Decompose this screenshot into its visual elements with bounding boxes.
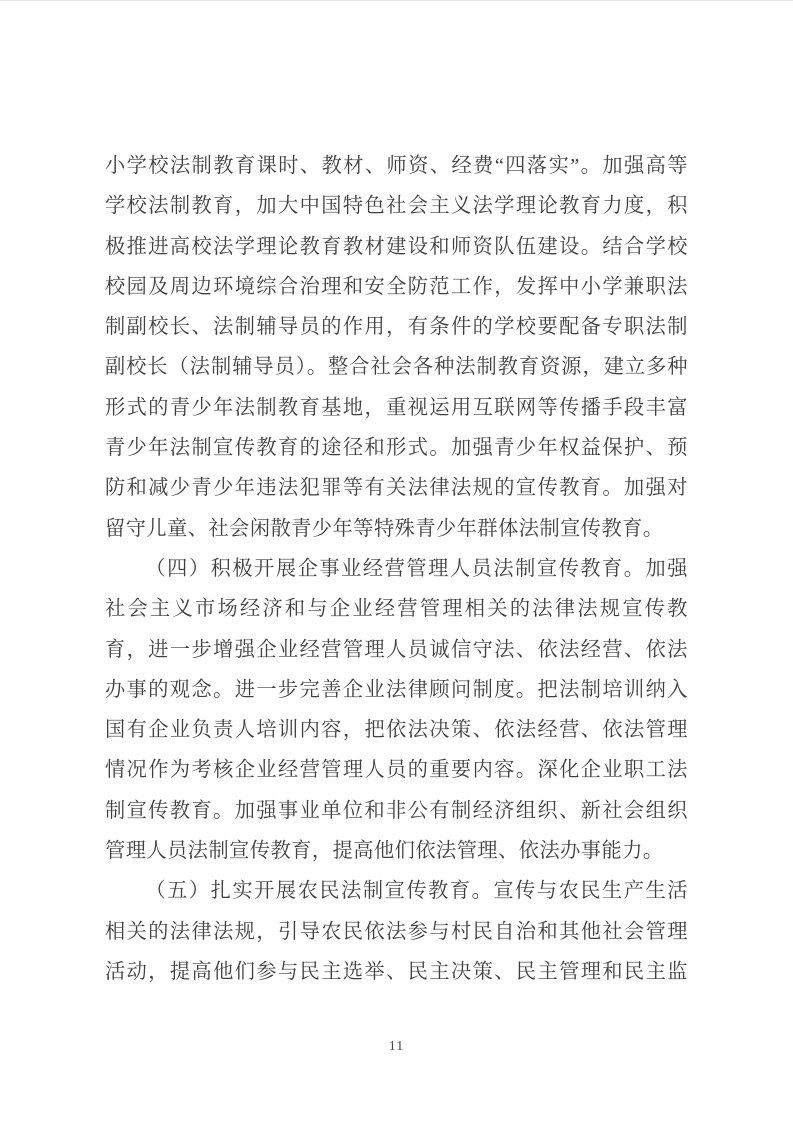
text-line-paragraph-start: （五）扎实开展农民法制宣传教育。宣传与农民生产生活 xyxy=(105,871,688,911)
text-line-paragraph-start: （四）积极开展企事业经营管理人员法制宣传教育。加强 xyxy=(105,549,688,589)
text-line: 相关的法律法规，引导农民依法参与村民自治和其他社会管理 xyxy=(105,912,688,952)
page-top-edge xyxy=(0,0,793,1)
text-line: 小学校法制教育课时、教材、师资、经费“四落实”。加强高等 xyxy=(105,146,688,186)
text-line: 制副校长、法制辅导员的作用，有条件的学校要配备专职法制 xyxy=(105,307,688,347)
text-line: 极推进高校法学理论教育教材建设和师资队伍建设。结合学校 xyxy=(105,227,688,267)
text-line: 副校长（法制辅导员）。整合社会各种法制教育资源，建立多种 xyxy=(105,347,688,387)
text-line: 活动，提高他们参与民主选举、民主决策、民主管理和民主监 xyxy=(105,952,688,992)
text-line: 社会主义市场经济和与企业经营管理相关的法律法规宣传教 xyxy=(105,589,688,629)
text-line: 形式的青少年法制教育基地，重视运用互联网等传播手段丰富 xyxy=(105,388,688,428)
text-line: 办事的观念。进一步完善企业法律顾问制度。把法制培训纳入 xyxy=(105,670,688,710)
text-line: 校园及周边环境综合治理和安全防范工作，发挥中小学兼职法 xyxy=(105,267,688,307)
text-line: 育，进一步增强企业经营管理人员诚信守法、依法经营、依法 xyxy=(105,630,688,670)
text-line: 情况作为考核企业经营管理人员的重要内容。深化企业职工法 xyxy=(105,750,688,790)
page-number: 11 xyxy=(0,1038,793,1056)
document-page: 小学校法制教育课时、教材、师资、经费“四落实”。加强高等 学校法制教育，加大中国… xyxy=(0,0,793,1122)
body-text-block: 小学校法制教育课时、教材、师资、经费“四落实”。加强高等 学校法制教育，加大中国… xyxy=(105,146,688,992)
text-line: 青少年法制宣传教育的途径和形式。加强青少年权益保护、预 xyxy=(105,428,688,468)
text-line: 制宣传教育。加强事业单位和非公有制经济组织、新社会组织 xyxy=(105,791,688,831)
text-line: 国有企业负责人培训内容，把依法决策、依法经营、依法管理 xyxy=(105,710,688,750)
text-line: 防和减少青少年违法犯罪等有关法律法规的宣传教育。加强对 xyxy=(105,468,688,508)
text-line-paragraph-end: 管理人员法制宣传教育，提高他们依法管理、依法办事能力。 xyxy=(105,831,688,871)
text-line: 学校法制教育，加大中国特色社会主义法学理论教育力度，积 xyxy=(105,186,688,226)
text-line-paragraph-end: 留守儿童、社会闲散青少年等特殊青少年群体法制宣传教育。 xyxy=(105,509,688,549)
